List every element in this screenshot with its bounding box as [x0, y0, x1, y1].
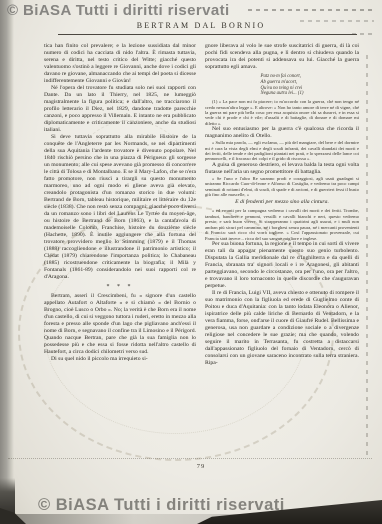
- paragraph: tica han finito col prevalere; e la lezi…: [44, 43, 196, 85]
- library-watermark-bottom: © BiASA Tutti i diritti riservati: [38, 496, 285, 515]
- paragraph: Né l'opera del trovatore fu studiata sol…: [44, 85, 196, 134]
- ornament-dotted-border-right: [366, 55, 368, 455]
- verse-line-centered: E di fendenti per mezzo sino alla cintur…: [235, 199, 329, 206]
- small-print-quotation: « Sulla mia parola, — egli esclama, — pi…: [205, 140, 359, 162]
- scan-dash-artifact: [248, 9, 374, 11]
- section-break-dinkus: * * *: [44, 284, 196, 291]
- verse-line: Neguna autra lei... (1): [261, 91, 304, 97]
- paragraph: Nel suo entusiasmo per la guerra c'è qua…: [205, 126, 359, 140]
- left-column: tica han finito col prevalere; e la lezi…: [44, 43, 196, 453]
- verse-quote: Patz no·m fai conort, Ab guerra m'acort,…: [261, 74, 304, 97]
- header-rule: [58, 34, 357, 35]
- footnote-translation: (1) « La pace non mi fa piacere; io m'ac…: [205, 99, 359, 126]
- paragraph: A guisa di generoso destriero, ei levava…: [205, 162, 359, 176]
- verse-line: Ab guerra m'acort,: [261, 80, 304, 86]
- book-gutter-shadow: [0, 0, 14, 524]
- page-number: 79: [44, 463, 358, 470]
- paragraph: Di su quel nido il piccolo ma irrequieto…: [44, 356, 196, 363]
- running-title: BERTRAM DAL BORNIO: [44, 21, 358, 30]
- paragraph: gnore liberava al volo le sue strofe sus…: [205, 43, 359, 71]
- small-print-quotation: « Se l'uno e l'altro Re saranno prodi e …: [205, 176, 359, 198]
- text-block: tica han finito col prevalere; e la lezi…: [44, 43, 359, 453]
- scan-corner-shadow-right: [197, 500, 382, 524]
- right-column: gnore liberava al volo le sue strofe sus…: [205, 43, 359, 453]
- verse-line: Patz no·m fai conort,: [261, 74, 304, 80]
- paragraph: Per sua buona fortuna, la regione e il t…: [205, 241, 359, 290]
- paragraph: Bertram, asserì il Crescimbeni, fu « sig…: [44, 293, 196, 356]
- paragraph: Si deve tuttavia soprattutto alla mirabi…: [44, 134, 196, 281]
- paragraph: Il re di Francia, Luigi VII, aveva chies…: [205, 290, 359, 367]
- library-watermark-top: © BiASA Tutti i diritti riservati: [7, 2, 230, 19]
- scanned-book-page: © BiASA Tutti i diritti riservati BERTRA…: [0, 0, 382, 524]
- ornament-dotted-border-bottom: [8, 458, 372, 459]
- small-print-quotation: « ed erranti per la campagna vedremo i c…: [205, 208, 359, 240]
